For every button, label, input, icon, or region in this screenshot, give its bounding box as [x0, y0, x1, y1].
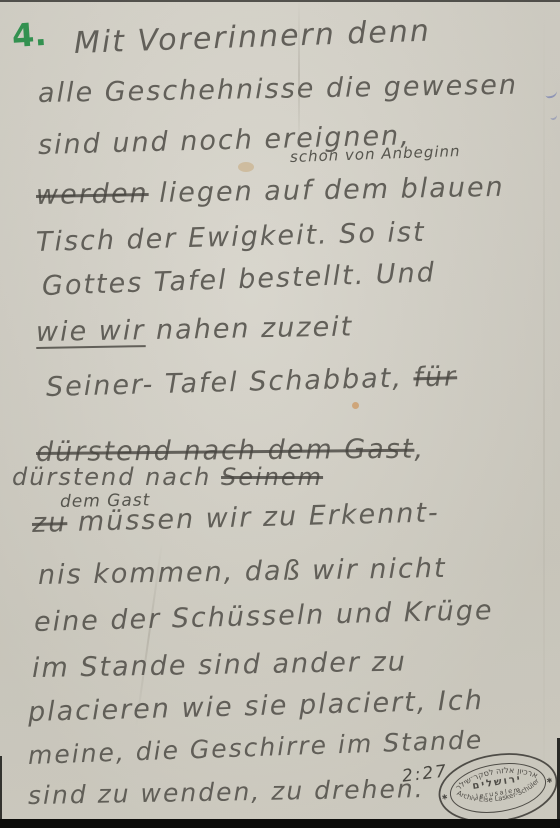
paper-crease [543, 0, 545, 828]
handwritten-segment: placieren wie sie placiert, Ich [28, 685, 485, 728]
handwritten-line: dürstend nach Seinem [12, 463, 323, 491]
handwritten-segment: dürstend nach [12, 463, 221, 491]
handwritten-line: Mit Vorerinnern denn [73, 14, 431, 61]
handwritten-segment: meine, die Geschirre im Stande [27, 725, 483, 770]
handwritten-line: alle Geschehnisse die gewesen [38, 70, 519, 109]
handwritten-line: Seiner- Tafel Schabbat, für [46, 361, 458, 403]
handwritten-segment: wie wir [36, 315, 146, 348]
paper-stain [238, 162, 254, 172]
handwritten-line: Gottes Tafel bestellt. Und [41, 257, 436, 302]
handwritten-segment: im Stande sind ander zu [32, 646, 407, 684]
handwritten-segment: Gottes Tafel bestellt. Und [41, 257, 436, 302]
manuscript-scan-page: 4. Mit Vorerinnern denn alle Geschehniss… [0, 0, 560, 828]
archive-stamp-graphic: ארכיון אלזה לסקר־שילר ירושלים Jerusalem … [431, 743, 560, 828]
handwritten-segment: nis kommen, daß wir nicht [38, 553, 447, 591]
handwritten-line: eine der Schüsseln und Krüge [34, 595, 494, 638]
handwritten-segment-struck: zu [32, 507, 68, 539]
scan-edge-bottom [0, 819, 560, 828]
scan-edge-top [0, 0, 560, 2]
paper-stain [352, 402, 359, 409]
page-number: 4. [11, 15, 48, 55]
blue-pencil-mark [549, 111, 558, 120]
archive-stamp: ארכיון אלזה לסקר־שילר ירושלים Jerusalem … [431, 743, 560, 828]
stamp-star-right: ✱ [546, 776, 553, 785]
handwritten-segment-struck: Seinem [221, 463, 323, 491]
handwritten-segment: Tisch der Ewigkeit. So ist [36, 217, 426, 258]
handwritten-segment: nahen zuzeit [145, 311, 353, 346]
handwritten-segment: Mit Vorerinnern denn [73, 14, 431, 61]
handwritten-segment-struck: für [413, 361, 458, 393]
scan-edge-left [0, 756, 2, 820]
handwritten-line: wie wir nahen zuzeit [36, 311, 354, 348]
handwritten-line: meine, die Geschirre im Stande [27, 725, 483, 770]
handwritten-segment-struck: werden [36, 178, 149, 211]
handwritten-line: placieren wie sie placiert, Ich [28, 685, 485, 728]
handwritten-segment: , [414, 434, 425, 465]
handwritten-segment: liegen auf dem blauen [148, 172, 505, 209]
handwritten-segment: Seiner- Tafel Schabbat, [46, 362, 414, 403]
stamp-star-left: ✱ [441, 793, 448, 802]
handwritten-line: Tisch der Ewigkeit. So ist [36, 217, 426, 258]
handwritten-segment: alle Geschehnisse die gewesen [38, 70, 519, 109]
handwritten-line: im Stande sind ander zu [32, 646, 407, 684]
handwritten-line: werden liegen auf dem blauen [36, 172, 505, 211]
handwritten-segment: sind zu wenden, zu drehen. [28, 774, 425, 810]
blue-pencil-mark [544, 87, 558, 99]
handwritten-line: nis kommen, daß wir nicht [38, 553, 447, 591]
handwritten-segment: eine der Schüsseln und Krüge [34, 595, 494, 638]
handwritten-line: sind zu wenden, zu drehen. [28, 774, 425, 810]
